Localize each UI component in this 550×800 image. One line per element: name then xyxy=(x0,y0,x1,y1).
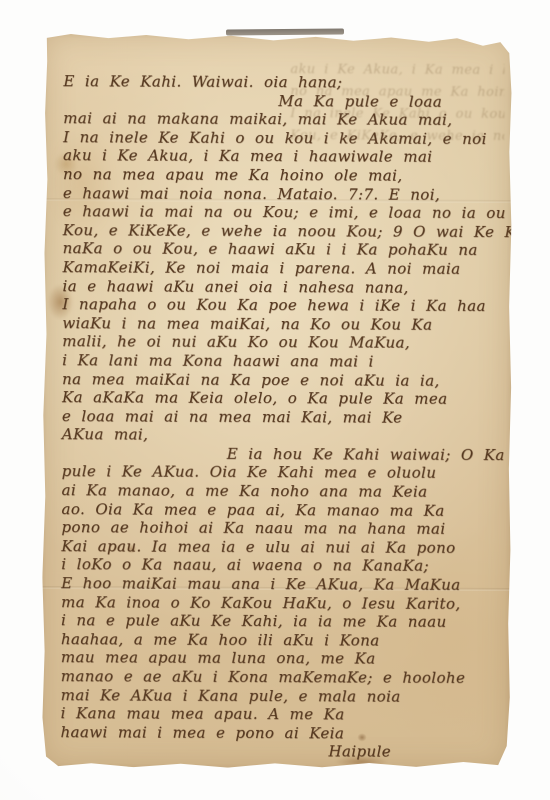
letter-line: AKua mai, xyxy=(62,425,504,446)
letter-line: E ia hou Ke Kahi waiwai; O Ka xyxy=(227,445,504,465)
photograph-background: aku i Ke Akua, i Ka mea i haawiwale main… xyxy=(0,0,550,800)
letter-line: i Ka lani ma Kona haawi ana mai i xyxy=(62,351,504,372)
letter-signature: Haipule xyxy=(328,743,502,762)
letter-line: e loaa mai ai na mea mai Kai, mai Ke xyxy=(62,407,504,428)
letter-line: ai Ka manao, a me Ka noho ana ma Keia xyxy=(62,481,504,502)
letter-line: aku i Ke Akua, i Ka mea i haawiwale mai xyxy=(63,146,505,167)
letter-line: e haawi ia mai na ou Kou; e imi, e loaa … xyxy=(63,202,505,223)
letter-line: na mea maiKai na Ka poe e noi aKu ia ia, xyxy=(62,370,504,391)
letter-line: i loKo o Ka naau, ai waena o na KanaKa; xyxy=(61,556,503,577)
letter-line: mai ai na makana maikai, mai Ke Akua mai… xyxy=(63,109,505,130)
letter-line: ao. Oia Ka mea e paa ai, Ka manao ma Ka xyxy=(61,500,503,521)
letter-body: E ia Ke Kahi. Waiwai. oia hana; Ma Ka pu… xyxy=(60,72,505,771)
letter-line: Ka aKaKa ma Keia olelo, o Ka pule Ka mea xyxy=(62,388,504,409)
letter-line: malii, he oi nui aKu Ko ou Kou MaKua, xyxy=(62,332,504,353)
letter-opening-line: E ia Ke Kahi. Waiwai. oia hana; xyxy=(63,72,505,93)
letter-line: I na inele Ke Kahi o ou kou i ke Akamai,… xyxy=(63,128,505,149)
letter-line: Kou, e KiKeKe, e wehe ia noou Kou; 9 O w… xyxy=(63,221,505,242)
letter-line: wiaKu i na mea maiKai, na Ko ou Kou Ka xyxy=(62,314,504,335)
letter-line: ma Ka inoa o Ko KaKou HaKu, o Iesu Karit… xyxy=(61,593,503,614)
letter-line: I napaha o ou Kou Ka poe hewa i iKe i Ka… xyxy=(62,295,504,316)
letter-line: haawi mai i mea e pono ai Keia xyxy=(61,723,503,744)
letter-line: manao e ae aKu i Kona maKemaKe; e hooloh… xyxy=(61,667,503,688)
letter-line: pule i Ke AKua. Oia Ke Kahi mea e oluolu xyxy=(62,463,504,484)
letter-line: e haawi mai noia nona. Mataio. 7:7. E no… xyxy=(63,184,505,205)
letter-line: naKa o ou Kou, e haawi aKu i i Ka pohaKu… xyxy=(63,239,505,260)
back-sheet-edge xyxy=(226,28,344,35)
letter-line: i Kana mau mea apau. A me Ka xyxy=(61,704,503,725)
letter-line: mau mea apau ma luna ona, me Ka xyxy=(61,648,503,669)
letter-paper: aku i Ke Akua, i Ka mea i haawiwale main… xyxy=(39,32,513,771)
letter-line: E hoo maiKai mau ana i Ke AKua, Ka MaKua xyxy=(61,574,503,595)
letter-line: pono ae hoihoi ai Ka naau ma na hana mai xyxy=(61,518,503,539)
letter-line: mai Ke AKua i Kana pule, e mala noia xyxy=(61,686,503,707)
letter-line: KamaKeiKi, Ke noi maia i parena. A noi m… xyxy=(63,258,505,279)
letter-line: Kai apau. Ia mea ia e ulu ai nui ai Ka p… xyxy=(61,537,503,558)
letter-line: no na mea apau me Ka hoino ole mai, xyxy=(63,165,505,186)
letter-line: Ma Ka pule e loaa xyxy=(278,92,505,112)
letter-line: i na e pule aKu Ke Kahi, ia ia me Ka naa… xyxy=(61,611,503,632)
letter-line: ia e haawi aKu anei oia i nahesa nana, xyxy=(62,277,504,298)
letter-line: haahaa, a me Ka hoo ili aKu i Kona xyxy=(61,630,503,651)
